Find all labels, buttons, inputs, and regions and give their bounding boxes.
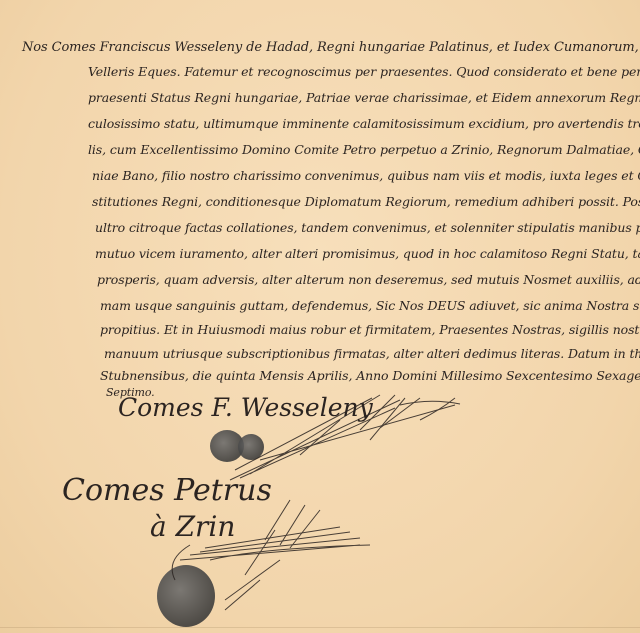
wax-seal-icon (157, 565, 215, 627)
text-line: propitius. Et in Huiusmodi maius robur e… (100, 322, 640, 337)
signature-zrinyi-line1: Comes Petrus (62, 473, 272, 508)
text-line: Stubnensibus, die quinta Mensis Aprilis,… (100, 368, 640, 383)
text-line: lis, cum Excellentissimo Domino Comite P… (88, 142, 640, 157)
text-line: niae Bano, filio nostro charissimo conve… (92, 168, 640, 183)
text-line: mam usque sanguinis guttam, defendemus, … (100, 298, 640, 313)
document-page: Nos Comes Franciscus Wesseleny de Hadad,… (0, 0, 640, 633)
paper-crease (0, 627, 640, 628)
text-line: Velleris Eques. Fatemur et recognoscimus… (88, 64, 640, 79)
text-line: stitutiones Regni, conditionesque Diplom… (92, 194, 640, 209)
text-line: ultro citroque factas collationes, tande… (95, 220, 640, 235)
text-line: praesenti Status Regni hungariae, Patria… (88, 90, 640, 105)
signature-zrinyi-line2: à Zrin (150, 510, 235, 543)
text-line: mutuo vicem iuramento, alter alteri prom… (95, 246, 640, 261)
text-line: manuum utriusque subscriptionibus firmat… (104, 346, 640, 361)
signature-wesseleny: Comes F. Wesseleny (118, 393, 373, 422)
text-line: culosissimo statu, ultimumque imminente … (88, 116, 640, 131)
text-line: prosperis, quam adversis, alter alterum … (97, 272, 640, 287)
wax-seal-icon (238, 434, 264, 460)
text-line: Nos Comes Franciscus Wesseleny de Hadad,… (22, 40, 640, 55)
